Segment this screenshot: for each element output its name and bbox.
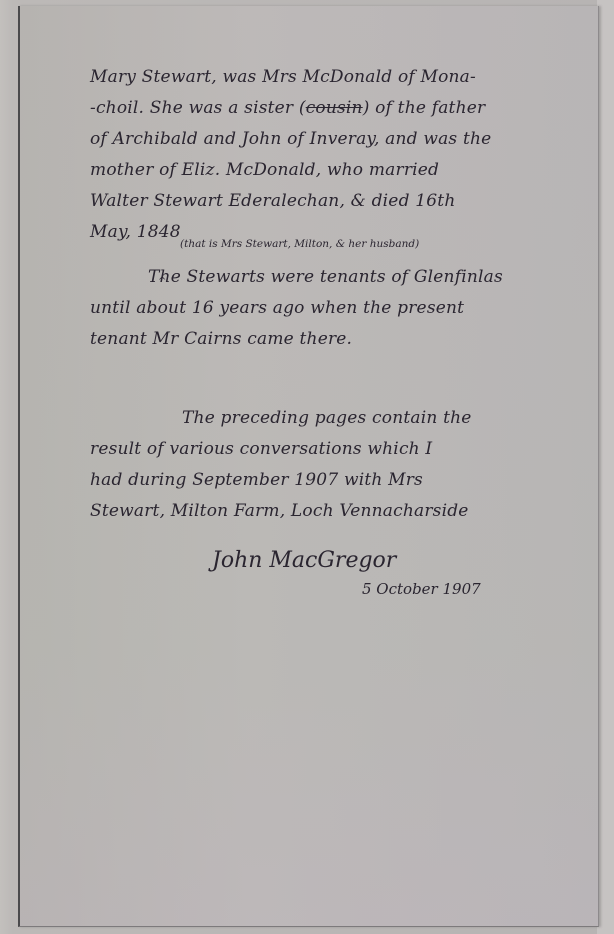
text-line: mother of Eliz. McDonald, who married: [90, 155, 590, 186]
signature: John MacGregor: [212, 548, 396, 573]
text-fragment: -choil. She was a sister (: [90, 98, 306, 118]
text-line: -choil. She was a sister (cousin) of the…: [90, 93, 590, 124]
text-fragment: ) of the father: [363, 98, 486, 118]
text-line: Stewart, Milton Farm, Loch Vennacharside: [90, 496, 590, 527]
text-line: result of various conversations which I: [90, 434, 590, 465]
paragraph-2: The Stewarts were tenants of Glenfinlas …: [90, 262, 590, 355]
text-line: of Archibald and John of Inveray, and wa…: [90, 124, 590, 155]
text-line: until about 16 years ago when the presen…: [90, 293, 590, 324]
text-line: had during September 1907 with Mrs: [90, 465, 590, 496]
paragraph-1: Mary Stewart, was Mrs McDonald of Mona- …: [90, 62, 590, 248]
text-line: Walter Stewart Ederalechan, & died 16th: [90, 186, 590, 217]
struck-word: cousin: [306, 98, 363, 118]
scan-margin-right: [597, 0, 614, 934]
paragraph-3: The preceding pages contain the result o…: [90, 403, 590, 527]
text-line: The preceding pages contain the: [90, 403, 590, 434]
text-line: Mary Stewart, was Mrs McDonald of Mona-: [90, 62, 590, 93]
text-line: tenant Mr Cairns came there.: [90, 324, 590, 355]
interlinear-insertion: (that is Mrs Stewart, Milton, & her husb…: [180, 238, 419, 250]
signature-date: 5 October 1907: [362, 580, 481, 598]
text-line: The Stewarts were tenants of Glenfinlas: [90, 262, 590, 293]
